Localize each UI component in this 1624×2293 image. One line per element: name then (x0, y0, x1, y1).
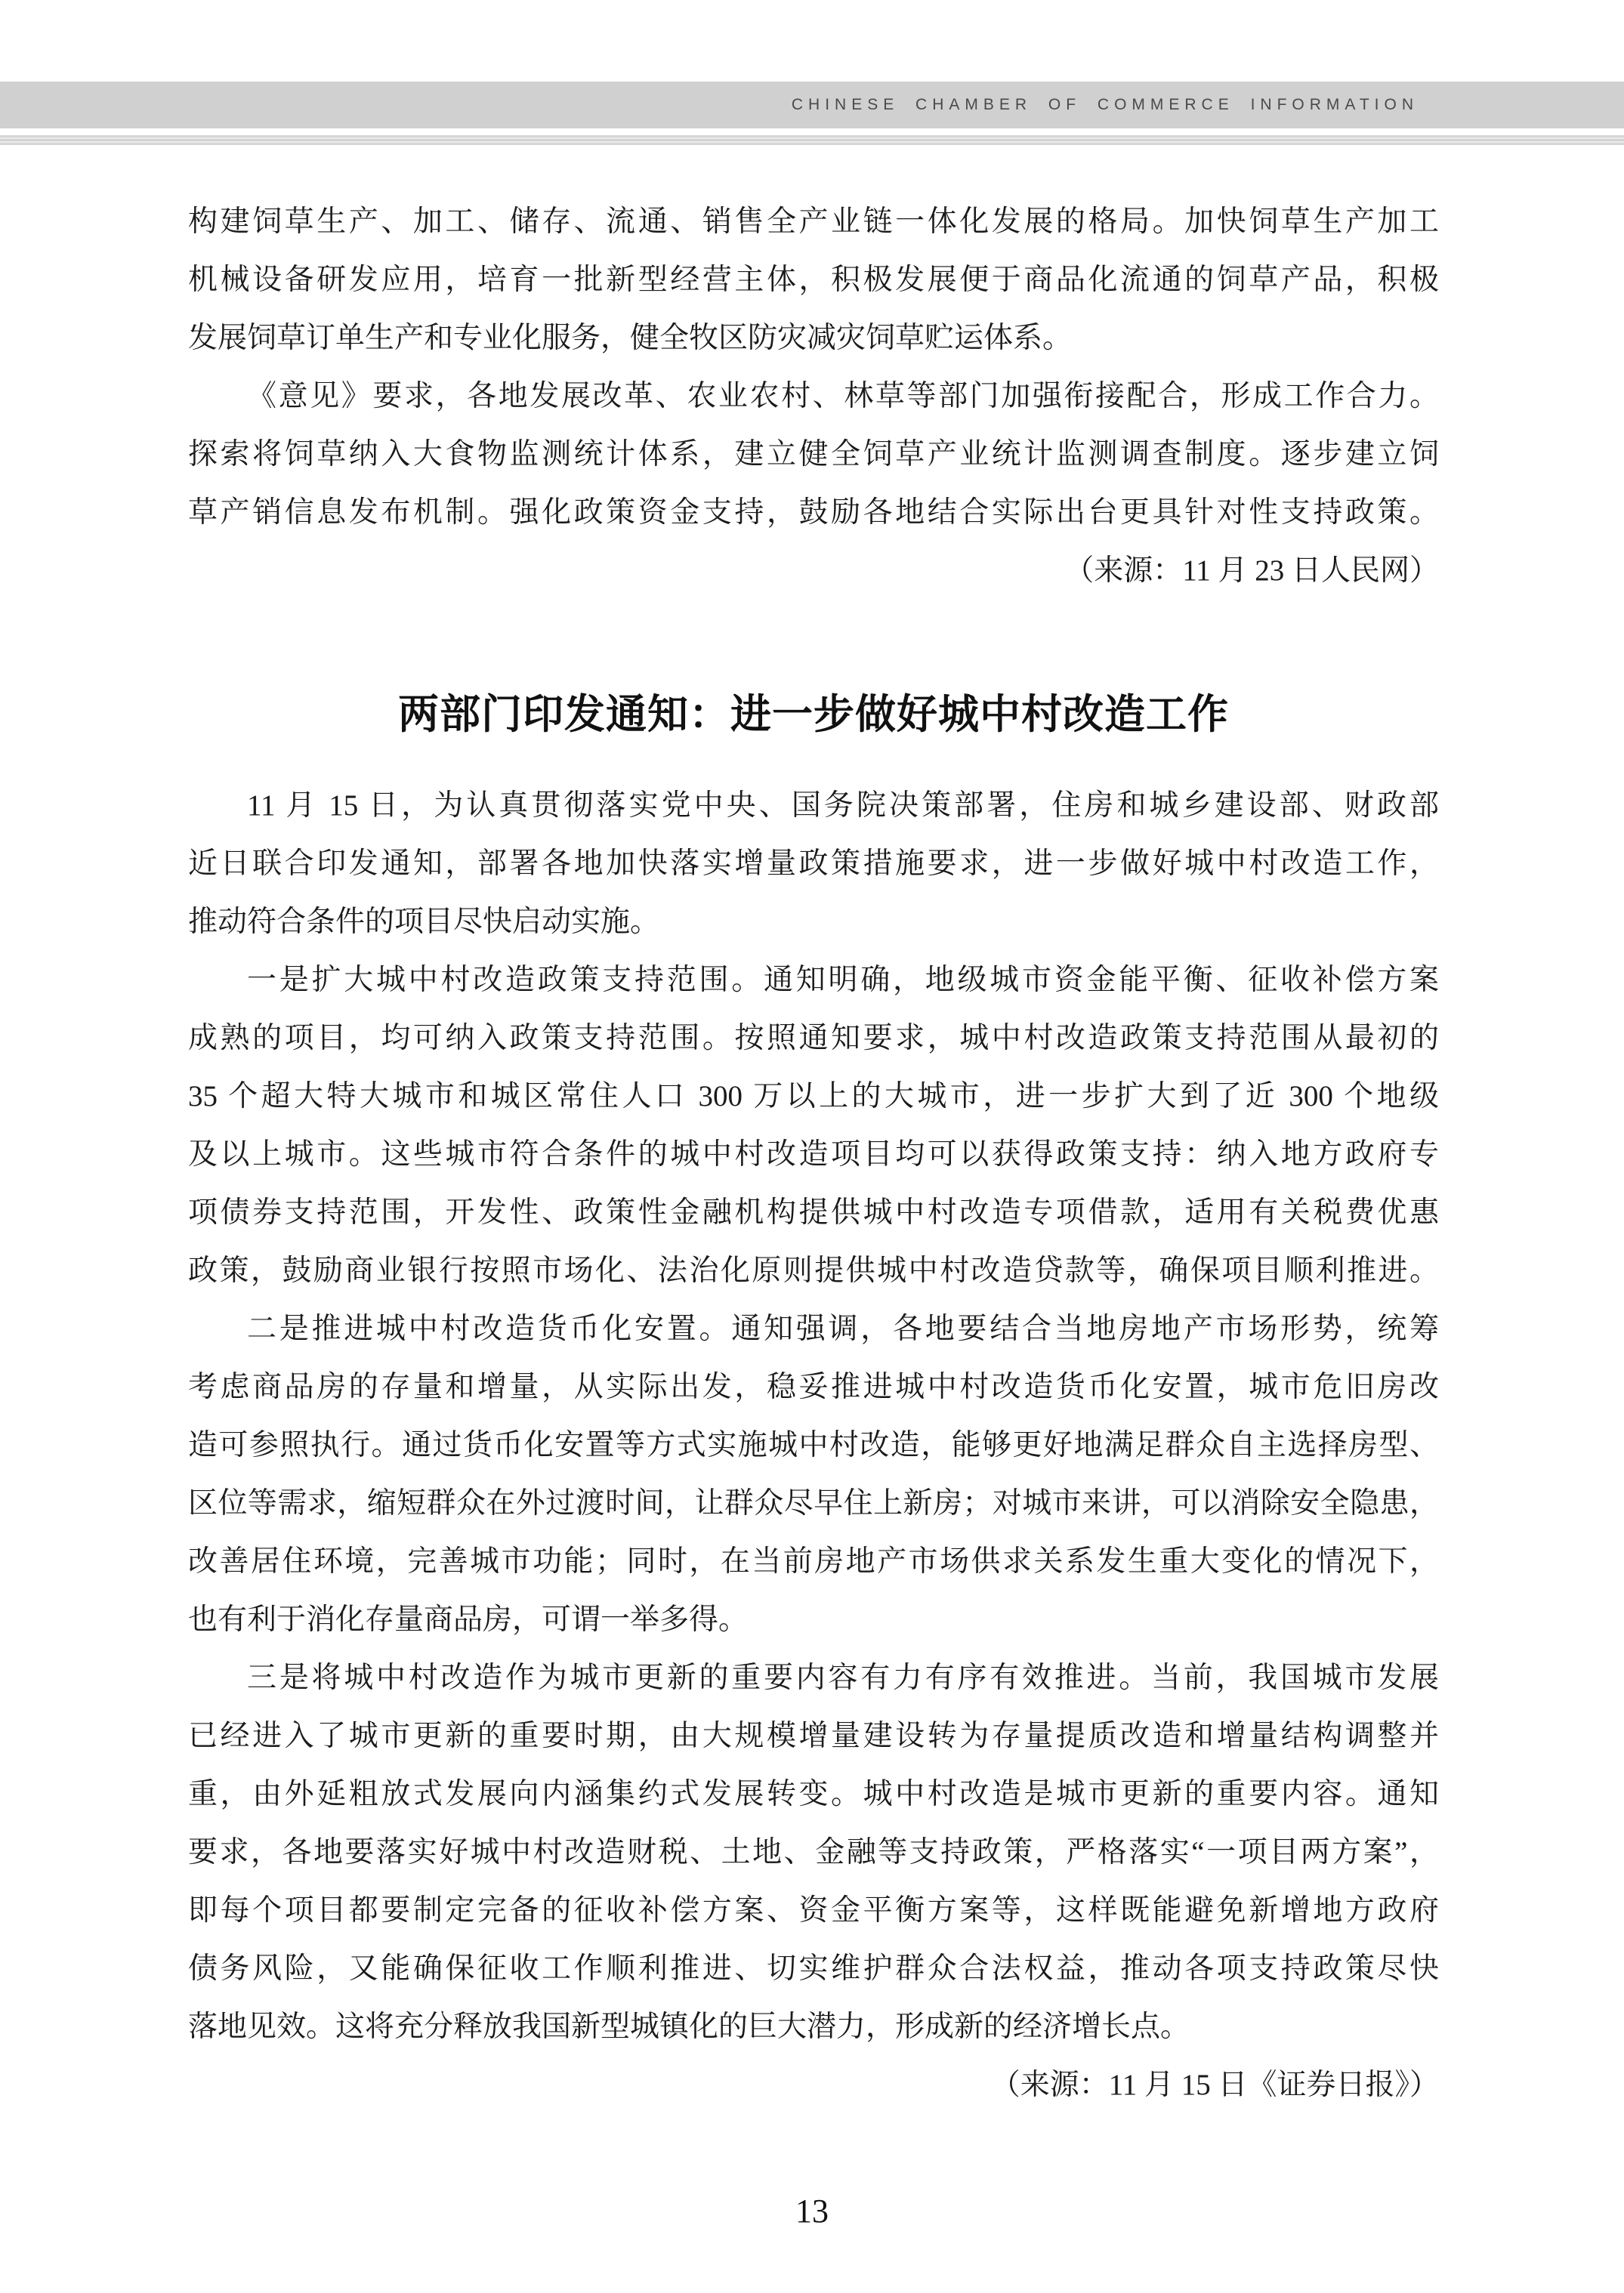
header-banner-divider (0, 135, 1624, 145)
article2-paragraph-4: 三是将城中村改造作为城市更新的重要内容有力有序有效推进。当前，我国城市发展已经进… (188, 1649, 1439, 2056)
text-line: 考虑商品房的存量和增量，从实际出发，稳妥推进城中村改造货币化安置，城市危旧房改 (188, 1358, 1439, 1416)
article2-paragraph-1: 11 月 15 日，为认真贯彻落实党中央、国务院决策部署，住房和城乡建设部、财政… (188, 776, 1439, 951)
text-line: 近日联合印发通知，部署各地加快落实增量政策措施要求，进一步做好城中村改造工作， (188, 835, 1439, 893)
text-line: 政策，鼓励商业银行按照市场化、法治化原则提供城中村改造贷款等，确保项目顺利推进。 (188, 1242, 1439, 1300)
article2-paragraph-3: 二是推进城中村改造货币化安置。通知强调，各地要结合当地房地产市场形势，统筹考虑商… (188, 1300, 1439, 1649)
article1-paragraph-2: 《意见》要求，各地发展改革、农业农村、林草等部门加强衔接配合，形成工作合力。探索… (188, 367, 1439, 542)
text-line: 推动符合条件的项目尽快启动实施。 (188, 893, 1439, 951)
article2-source: （来源：11 月 15 日《证券日报》） (188, 2056, 1439, 2114)
header-banner-text: CHINESE CHAMBER OF COMMERCE INFORMATION (0, 82, 1624, 128)
text-line: 债务风险，又能确保征收工作顺利推进、切实维护群众合法权益，推动各项支持政策尽快 (188, 1940, 1439, 1998)
text-line: 区位等需求，缩短群众在外过渡时间，让群众尽早住上新房；对城市来讲，可以消除安全隐… (188, 1474, 1439, 1532)
text-line: 已经进入了城市更新的重要时期，由大规模增量建设转为存量提质改造和增量结构调整并 (188, 1707, 1439, 1765)
text-line: 探索将饲草纳入大食物监测统计体系，建立健全饲草产业统计监测调查制度。逐步建立饲 (188, 425, 1439, 483)
text-line: 改善居住环境，完善城市功能；同时，在当前房地产市场供求关系发生重大变化的情况下， (188, 1532, 1439, 1591)
text-line: 构建饲草生产、加工、储存、流通、销售全产业链一体化发展的格局。加快饲草生产加工 (188, 193, 1439, 251)
text-line: 一是扩大城中村改造政策支持范围。通知明确，地级城市资金能平衡、征收补偿方案 (188, 951, 1439, 1009)
text-line: 草产销信息发布机制。强化政策资金支持，鼓励各地结合实际出台更具针对性支持政策。 (188, 483, 1439, 542)
text-line: 及以上城市。这些城市符合条件的城中村改造项目均可以获得政策支持：纳入地方政府专 (188, 1125, 1439, 1184)
text-line: 造可参照执行。通过货币化安置等方式实施城中村改造，能够更好地满足群众自主选择房型… (188, 1416, 1439, 1474)
text-line: 11 月 15 日，为认真贯彻落实党中央、国务院决策部署，住房和城乡建设部、财政… (188, 776, 1439, 835)
text-column: 构建饲草生产、加工、储存、流通、销售全产业链一体化发展的格局。加快饲草生产加工机… (188, 193, 1439, 2114)
page-number: 13 (0, 2189, 1624, 2234)
text-line: 成熟的项目，均可纳入政策支持范围。按照通知要求，城中村改造政策支持范围从最初的 (188, 1009, 1439, 1067)
article2-title: 两部门印发通知：进一步做好城中村改造工作 (188, 684, 1439, 745)
text-line: 三是将城中村改造作为城市更新的重要内容有力有序有效推进。当前，我国城市发展 (188, 1649, 1439, 1707)
article2-paragraph-2: 一是扩大城中村改造政策支持范围。通知明确，地级城市资金能平衡、征收补偿方案成熟的… (188, 951, 1439, 1300)
text-line: 35 个超大特大城市和城区常住人口 300 万以上的大城市，进一步扩大到了近 3… (188, 1067, 1439, 1125)
document-page: CHINESE CHAMBER OF COMMERCE INFORMATION … (0, 0, 1624, 2293)
header-banner: CHINESE CHAMBER OF COMMERCE INFORMATION (0, 82, 1624, 128)
text-line: 二是推进城中村改造货币化安置。通知强调，各地要结合当地房地产市场形势，统筹 (188, 1300, 1439, 1358)
article1-source: （来源：11 月 23 日人民网） (188, 542, 1439, 600)
text-line: 要求，各地要落实好城中村改造财税、土地、金融等支持政策，严格落实“一项目两方案”… (188, 1823, 1439, 1881)
text-line: 《意见》要求，各地发展改革、农业农村、林草等部门加强衔接配合，形成工作合力。 (188, 367, 1439, 425)
text-line: 重，由外延粗放式发展向内涵集约式发展转变。城中村改造是城市更新的重要内容。通知 (188, 1765, 1439, 1823)
article1-paragraph-1: 构建饲草生产、加工、储存、流通、销售全产业链一体化发展的格局。加快饲草生产加工机… (188, 193, 1439, 367)
text-line: 机械设备研发应用，培育一批新型经营主体，积极发展便于商品化流通的饲草产品，积极 (188, 251, 1439, 309)
text-line: 即每个项目都要制定完备的征收补偿方案、资金平衡方案等，这样既能避免新增地方政府 (188, 1881, 1439, 1940)
text-line: 项债券支持范围，开发性、政策性金融机构提供城中村改造专项借款，适用有关税费优惠 (188, 1184, 1439, 1242)
text-line: 也有利于消化存量商品房，可谓一举多得。 (188, 1591, 1439, 1649)
text-line: 发展饲草订单生产和专业化服务，健全牧区防灾减灾饲草贮运体系。 (188, 309, 1439, 367)
text-line: 落地见效。这将充分释放我国新型城镇化的巨大潜力，形成新的经济增长点。 (188, 1998, 1439, 2056)
